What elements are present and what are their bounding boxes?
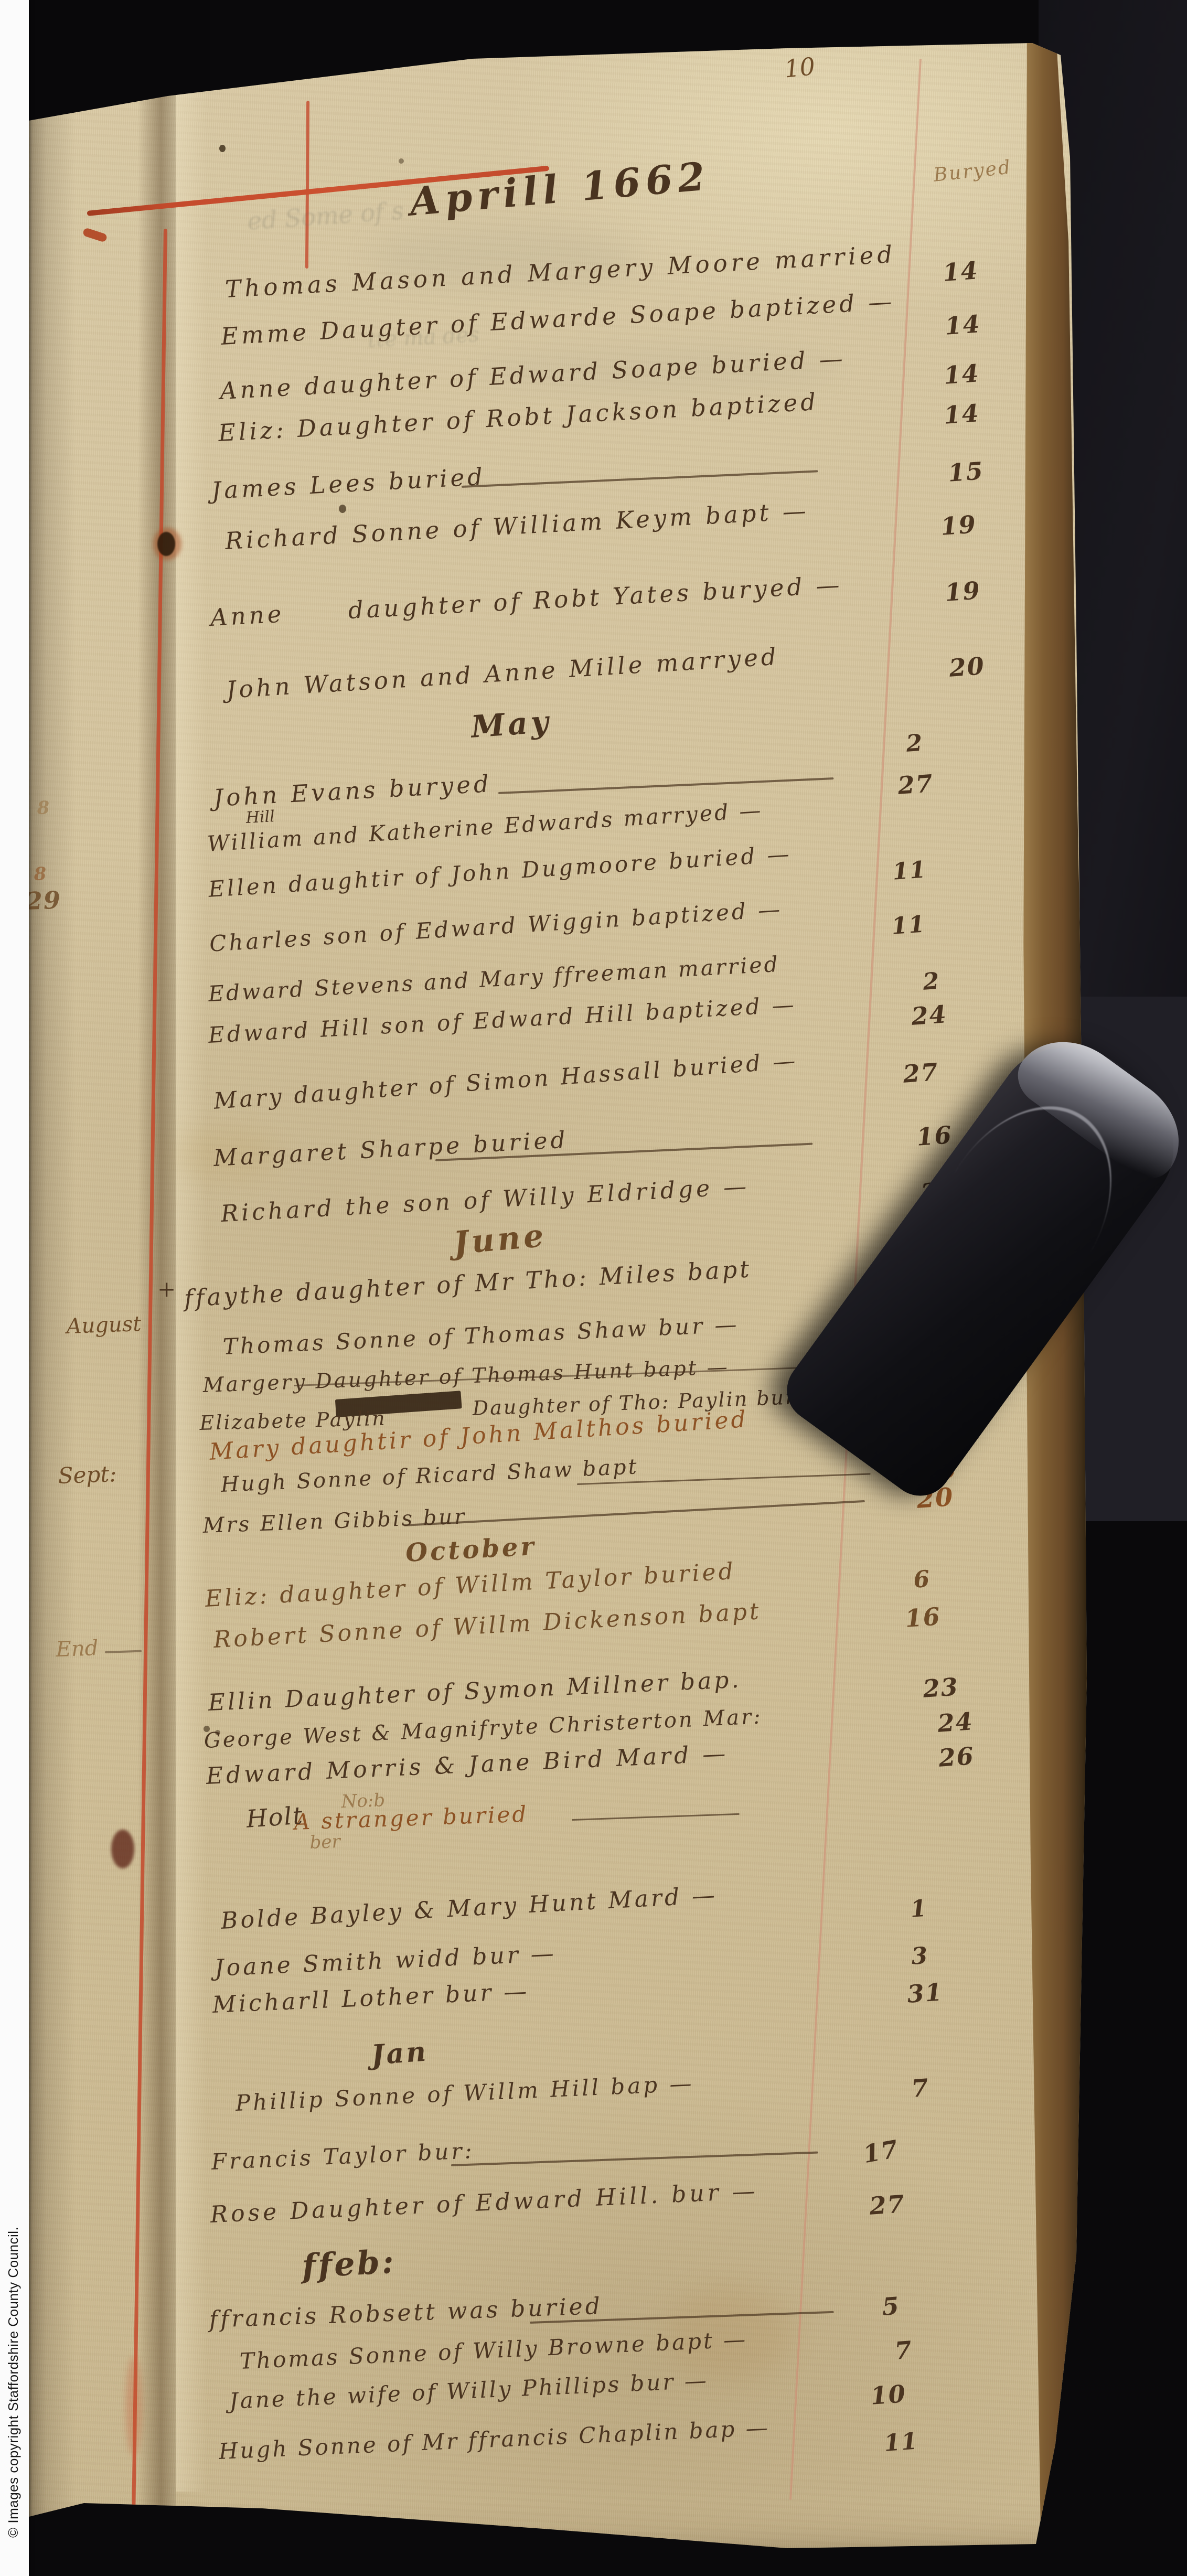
interlinear-note: Hill bbox=[245, 808, 275, 826]
fold-highlight bbox=[176, 52, 207, 2492]
day-number: 14 bbox=[943, 400, 980, 428]
day-number: 16 bbox=[904, 1604, 942, 1631]
ink-stain bbox=[157, 532, 175, 556]
day-number: 27 bbox=[902, 1059, 939, 1087]
month-header: Jan bbox=[370, 2037, 429, 2070]
day-number: 11 bbox=[891, 912, 926, 939]
day-number: 15 bbox=[947, 458, 985, 486]
day-number: 27 bbox=[897, 771, 934, 798]
ink-stain bbox=[126, 2356, 142, 2456]
day-number: 14 bbox=[944, 311, 981, 339]
ink-stain bbox=[399, 158, 404, 164]
month-header: June bbox=[452, 1220, 548, 1260]
ink-stain bbox=[339, 505, 346, 513]
day-number: 27 bbox=[869, 2191, 906, 2219]
ink-stain bbox=[219, 145, 226, 152]
day-number: 19 bbox=[940, 511, 977, 539]
day-number: 16 bbox=[916, 1122, 953, 1150]
day-number: 2 bbox=[922, 969, 941, 995]
register-entry: Holt bbox=[245, 1802, 304, 1832]
edge-number: 8 bbox=[37, 799, 51, 818]
page-number: 10 bbox=[783, 54, 816, 82]
margin-cross-mark: + bbox=[157, 1278, 176, 1301]
day-number: 20 bbox=[948, 653, 986, 681]
day-number: 23 bbox=[922, 1674, 959, 1702]
ink-stain bbox=[111, 1830, 134, 1868]
month-header: October bbox=[405, 1533, 537, 1566]
manuscript-photo: 10Aprill 1662Buryed9 8882930ed Some of s… bbox=[0, 0, 1187, 2576]
gutter-shadow bbox=[29, 37, 176, 2523]
day-number: 17 bbox=[861, 2136, 901, 2167]
day-number: 11 bbox=[892, 858, 927, 884]
day-number: 2 bbox=[905, 731, 924, 756]
day-number: 3 bbox=[911, 1944, 929, 1969]
day-number: 19 bbox=[944, 578, 981, 605]
day-number: 10 bbox=[870, 2381, 907, 2409]
month-fragment: ber bbox=[309, 1833, 340, 1853]
copyright-strip: © Images copyright Staffordshire County … bbox=[0, 0, 29, 2576]
day-number: 7 bbox=[911, 2075, 930, 2102]
day-number: 24 bbox=[937, 1708, 974, 1736]
day-number: 14 bbox=[943, 360, 980, 388]
copyright-text: © Images copyright Staffordshire County … bbox=[5, 2227, 22, 2538]
day-number: 1 bbox=[910, 1897, 928, 1922]
margin-note: August bbox=[66, 1313, 142, 1338]
margin-note: End bbox=[56, 1637, 99, 1661]
edge-number: 29 bbox=[25, 888, 62, 914]
day-number: 14 bbox=[942, 258, 979, 285]
margin-note: Sept: bbox=[58, 1462, 117, 1488]
day-number: 5 bbox=[881, 2293, 901, 2320]
day-number: 11 bbox=[883, 2429, 919, 2456]
edge-number: 8 bbox=[34, 865, 48, 884]
day-number: 26 bbox=[938, 1743, 975, 1771]
month-header: May bbox=[470, 706, 552, 743]
month-header: ffeb: bbox=[301, 2244, 397, 2283]
day-number: 6 bbox=[913, 1567, 932, 1592]
day-number: 7 bbox=[894, 2337, 913, 2364]
day-number: 31 bbox=[906, 1979, 944, 2007]
day-number: 24 bbox=[911, 1001, 948, 1029]
